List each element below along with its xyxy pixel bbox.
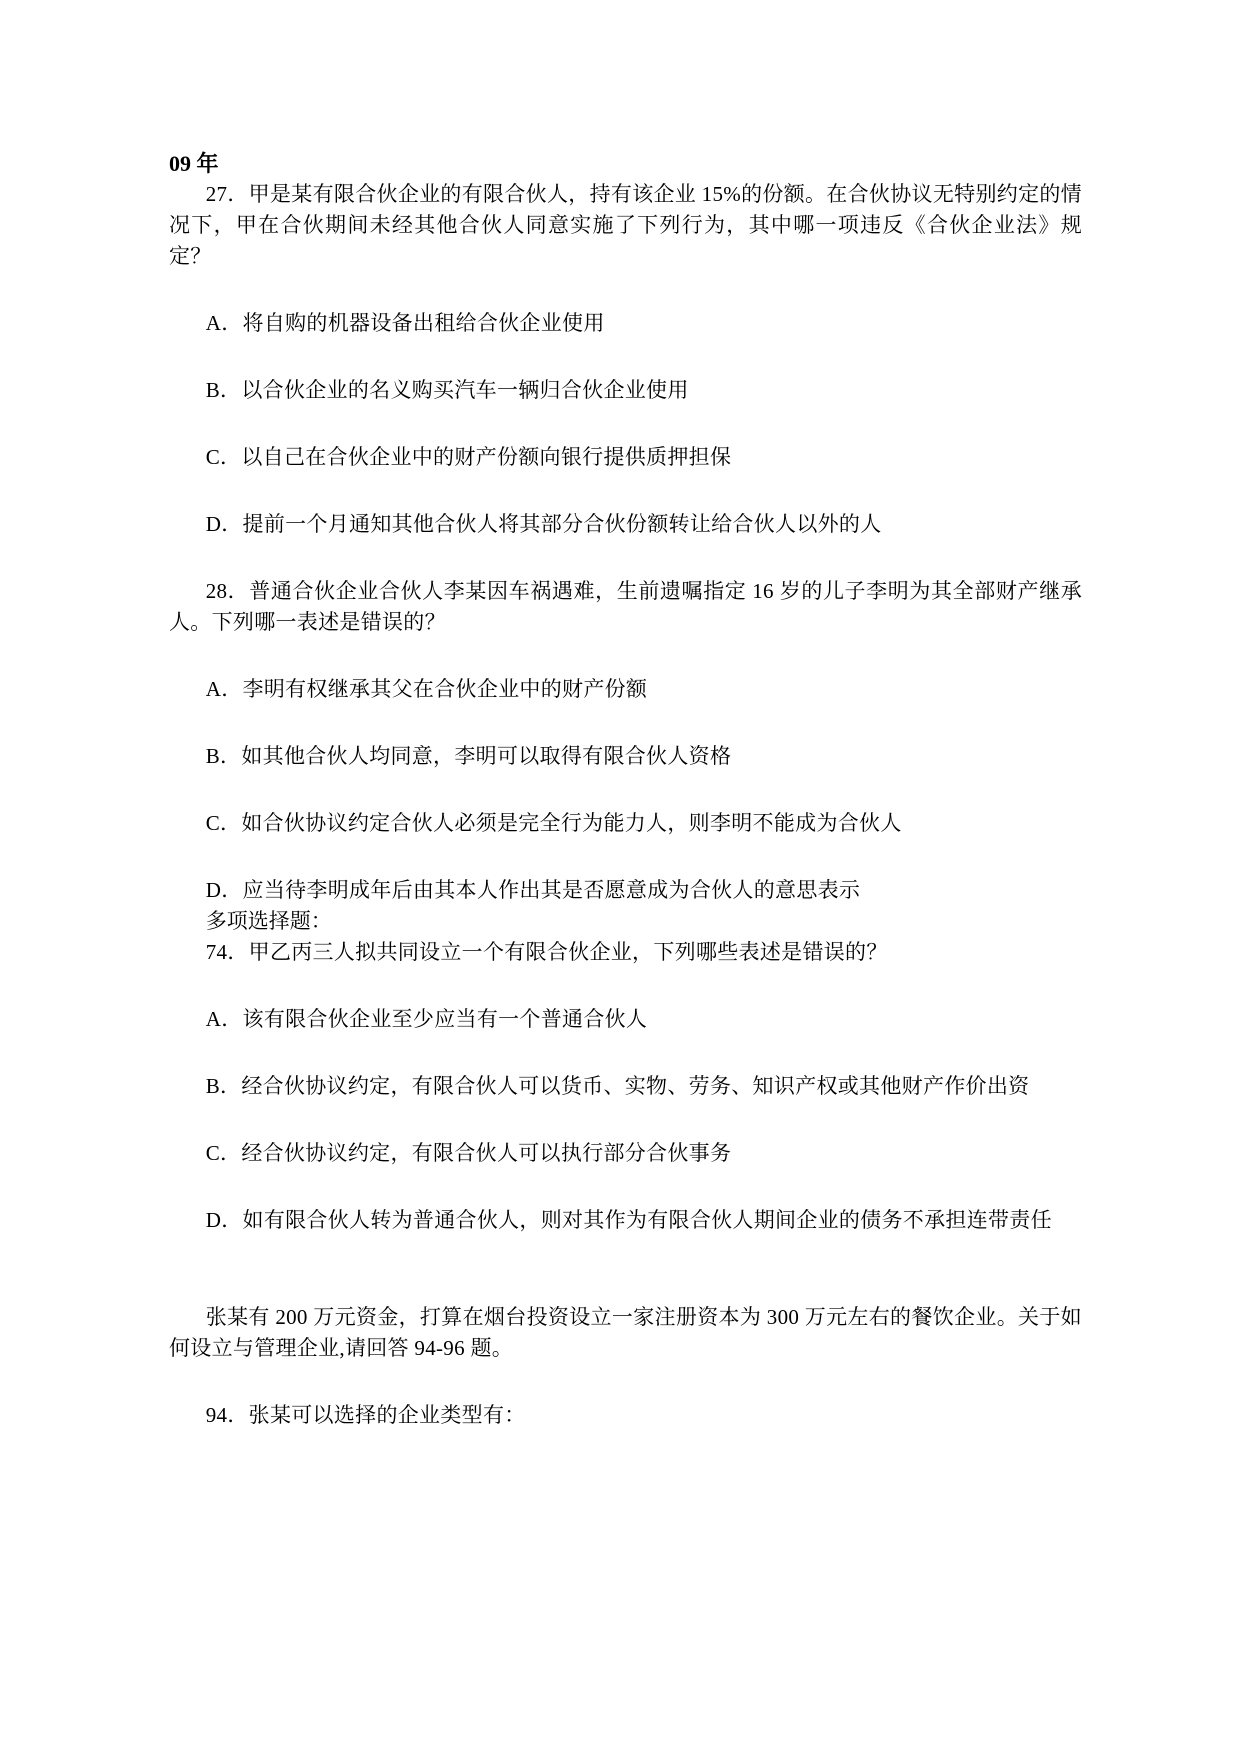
question-28-option-a: A．李明有权继承其父在合伙企业中的财产份额 [169, 674, 1082, 705]
question-94-stem: 94．张某可以选择的企业类型有： [169, 1400, 1082, 1431]
question-28-option-c: C．如合伙协议约定合伙人必须是完全行为能力人，则李明不能成为合伙人 [169, 808, 1082, 839]
question-74-stem: 74．甲乙丙三人拟共同设立一个有限合伙企业，下列哪些表述是错误的？ [169, 937, 1082, 968]
question-28-option-d: D．应当待李明成年后由其本人作出其是否愿意成为合伙人的意思表示 [169, 875, 1082, 906]
year-heading: 09 年 [169, 148, 1082, 179]
question-74-option-b: B．经合伙协议约定，有限合伙人可以货币、实物、劳务、知识产权或其他财产作价出资 [169, 1071, 1082, 1102]
question-27-option-d: D．提前一个月通知其他合伙人将其部分合伙份额转让给合伙人以外的人 [169, 509, 1082, 540]
question-28-stem: 28．普通合伙企业合伙人李某因车祸遇难，生前遗嘱指定 16 岁的儿子李明为其全部… [169, 576, 1082, 638]
question-74-option-a: A．该有限合伙企业至少应当有一个普通合伙人 [169, 1004, 1082, 1035]
case-intro-paragraph: 张某有 200 万元资金，打算在烟台投资设立一家注册资本为 300 万元左右的餐… [169, 1302, 1082, 1364]
question-27-stem: 27．甲是某有限合伙企业的有限合伙人，持有该企业 15%的份额。在合伙协议无特别… [169, 179, 1082, 272]
question-27-option-c: C．以自己在合伙企业中的财产份额向银行提供质押担保 [169, 442, 1082, 473]
multiple-choice-section-label: 多项选择题： [169, 906, 1082, 937]
question-27-option-b: B．以合伙企业的名义购买汽车一辆归合伙企业使用 [169, 375, 1082, 406]
question-28-option-b: B．如其他合伙人均同意，李明可以取得有限合伙人资格 [169, 741, 1082, 772]
document-page: 09 年 27．甲是某有限合伙企业的有限合伙人，持有该企业 15%的份额。在合伙… [0, 0, 1241, 1754]
question-27-option-a: A．将自购的机器设备出租给合伙企业使用 [169, 308, 1082, 339]
question-74-option-d: D．如有限合伙人转为普通合伙人，则对其作为有限合伙人期间企业的债务不承担连带责任 [169, 1205, 1082, 1236]
question-74-option-c: C．经合伙协议约定，有限合伙人可以执行部分合伙事务 [169, 1138, 1082, 1169]
